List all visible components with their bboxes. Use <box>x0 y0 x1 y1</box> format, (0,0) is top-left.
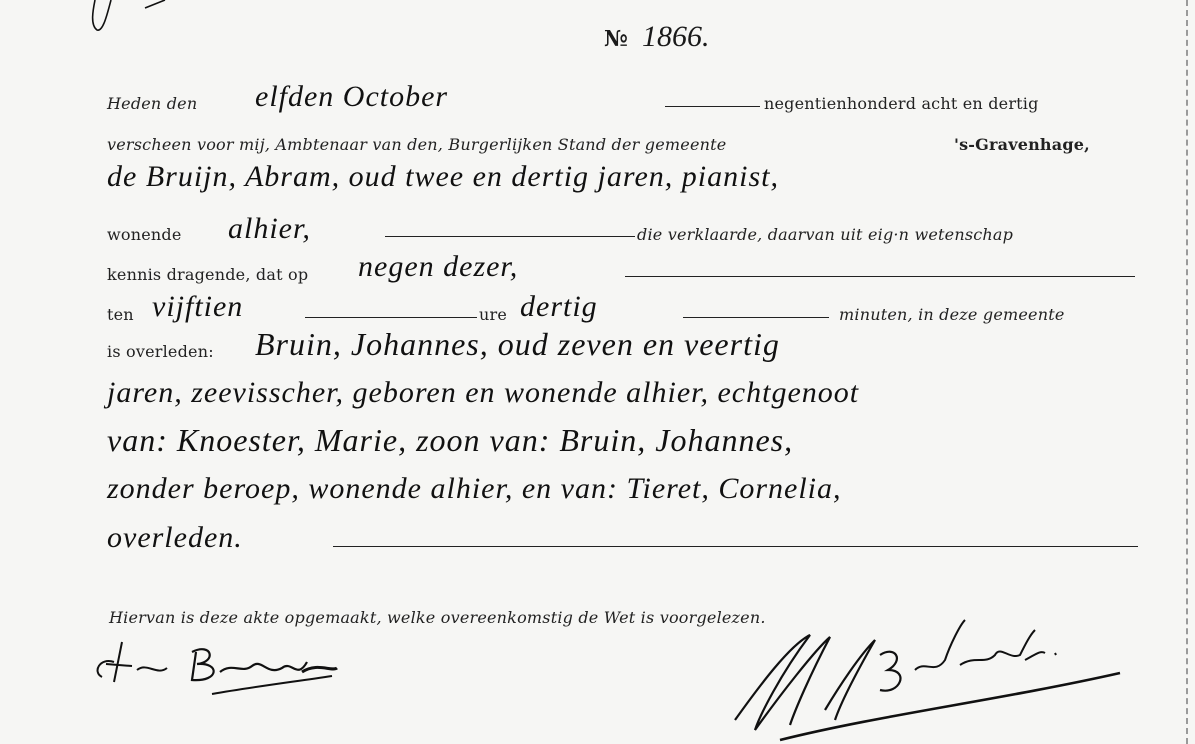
registrar-signature <box>720 615 1140 744</box>
printed-ten: ten <box>107 305 134 324</box>
handwritten-day: negen dezer, <box>358 250 518 284</box>
handwritten-overleden: overleden. <box>107 521 243 555</box>
printed-municipality: 's-Gravenhage, <box>954 135 1090 154</box>
printed-die-verklaarde: die verklaarde, daarvan uit eig·n wetens… <box>637 225 1013 244</box>
handwritten-declarant: de Bruijn, Abram, oud twee en dertig jar… <box>107 160 779 194</box>
form-rule <box>305 317 477 318</box>
handwritten-hour: vijftien <box>152 290 243 324</box>
printed-ure: ure <box>479 305 507 324</box>
printed-year: negentienhonderd acht en dertig <box>764 94 1039 113</box>
form-rule <box>625 276 1135 277</box>
printed-minuten: minuten, in deze gemeente <box>839 305 1065 324</box>
certificate-number: 1866. <box>642 20 710 54</box>
certificate-number-label: № <box>604 26 628 52</box>
handwritten-residence: alhier, <box>228 212 311 246</box>
printed-heden-den: Heden den <box>107 94 197 113</box>
form-rule <box>333 546 1138 547</box>
printed-wonende: wonende <box>107 225 182 244</box>
form-rule <box>665 106 760 107</box>
handwritten-minutes: dertig <box>520 290 598 324</box>
printed-verscheen: verscheen voor mij, Ambtenaar van den, B… <box>107 135 726 154</box>
certificate-page: № 1866. Heden den elfden October negenti… <box>0 0 1195 744</box>
page-edge <box>1186 0 1188 744</box>
handwritten-spouse-line: van: Knoester, Marie, zoon van: Bruin, J… <box>107 422 793 459</box>
printed-is-overleden: is overleden: <box>107 342 214 361</box>
handwritten-date: elfden October <box>255 80 448 114</box>
pen-stroke-mark <box>85 0 185 40</box>
printed-closing: Hiervan is deze akte opgemaakt, welke ov… <box>109 608 766 627</box>
handwritten-deceased: Bruin, Johannes, oud zeven en veertig <box>255 326 780 363</box>
printed-kennis-dragende: kennis dragende, dat op <box>107 265 308 284</box>
form-rule <box>385 236 635 237</box>
form-rule <box>683 317 829 318</box>
handwritten-occupation-line: jaren, zeevisscher, geboren en wonende a… <box>107 376 859 410</box>
handwritten-mother-line: zonder beroep, wonende alhier, en van: T… <box>107 472 842 506</box>
declarant-signature <box>92 632 372 702</box>
